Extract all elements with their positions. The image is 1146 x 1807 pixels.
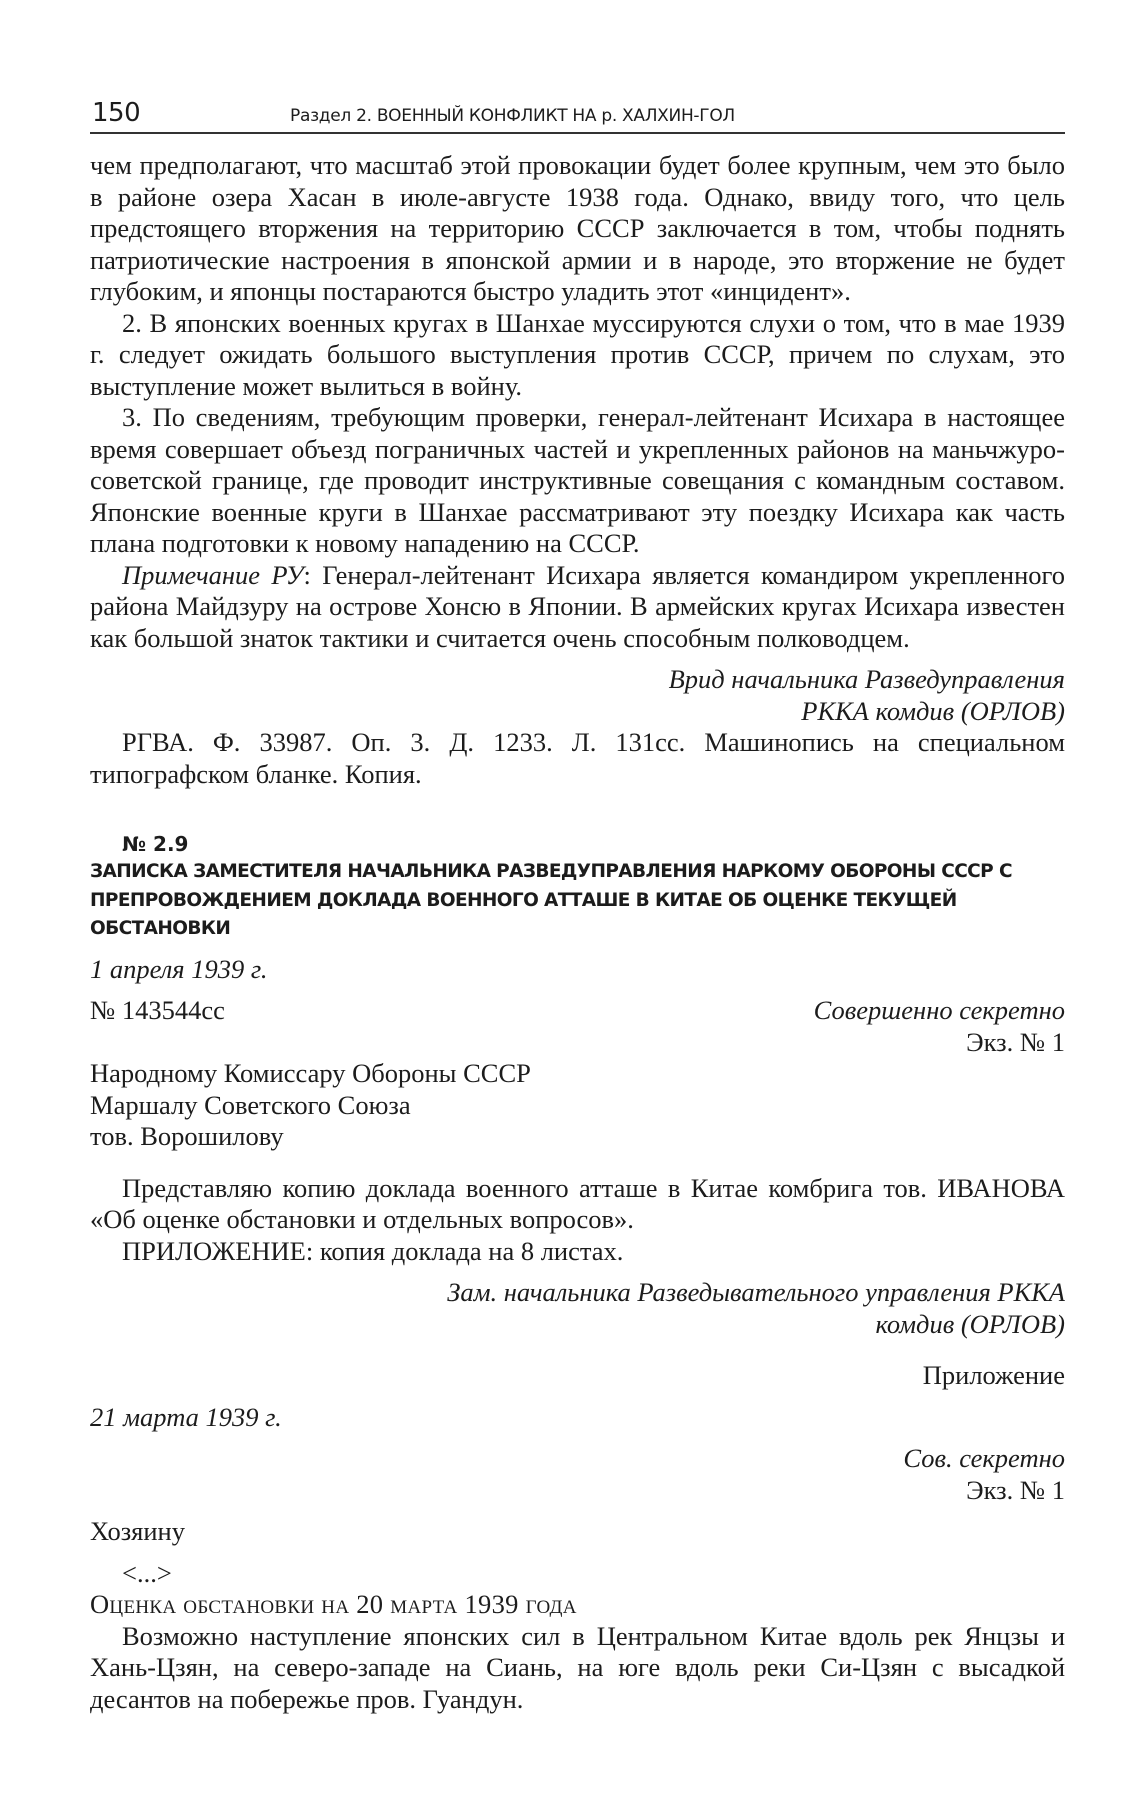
page-number: 150	[92, 98, 140, 128]
document-title: ЗАПИСКА ЗАМЕСТИТЕЛЯ НАЧАЛЬНИКА РАЗВЕДУПР…	[90, 858, 1065, 944]
registration-row: № 143544сс Совершенно секретно	[90, 995, 1065, 1027]
addressee-line-1: Народному Комиссару Обороны СССР	[90, 1058, 1065, 1090]
ru-note: Примечание РУ: Генерал-лейтенант Исихара…	[90, 560, 1065, 655]
attachment-addressee: Хозяину	[90, 1516, 1065, 1548]
paragraph-point-3: 3. По сведениям, требующим проверки, ген…	[90, 402, 1065, 560]
archive-reference: РГВА. Ф. 33987. Оп. 3. Д. 1233. Л. 131сс…	[90, 727, 1065, 790]
attachment-date: 21 марта 1939 г.	[90, 1402, 1065, 1434]
continued-paragraph: чем предполагают, что масштаб этой прово…	[90, 150, 1065, 308]
running-header: 150 Раздел 2. ВОЕННЫЙ КОНФЛИКТ НА р. ХАЛ…	[90, 98, 1065, 134]
document-signature-line-2: комдив (ОРЛОВ)	[90, 1309, 1065, 1341]
copy-number: Экз. № 1	[90, 1027, 1065, 1059]
addressee-line-3: тов. Ворошилову	[90, 1121, 1065, 1153]
registration-number: № 143544сс	[90, 995, 225, 1027]
classification: Совершенно секретно	[814, 995, 1065, 1027]
signature-line-2: РККА комдив (ОРЛОВ)	[90, 696, 1065, 728]
attachment-classification: Сов. секретно	[90, 1443, 1065, 1475]
addressee-line-2: Маршалу Советского Союза	[90, 1090, 1065, 1122]
attachment-heading: Оценка обстановки на 20 марта 1939 года	[90, 1589, 1065, 1621]
document-number: № 2.9	[122, 830, 1065, 858]
section-title: Раздел 2. ВОЕННЫЙ КОНФЛИКТ НА р. ХАЛХИН-…	[290, 106, 735, 126]
omission-mark: <...>	[90, 1558, 1065, 1590]
signature-line-1: Врид начальника Разведуправления	[90, 664, 1065, 696]
attachment-copy-number: Экз. № 1	[90, 1475, 1065, 1507]
paragraph-point-2: 2. В японских военных кругах в Шанхае му…	[90, 308, 1065, 403]
attachment-paragraph: Возможно наступление японских сил в Цент…	[90, 1621, 1065, 1716]
document-date: 1 апреля 1939 г.	[90, 954, 1065, 986]
page-body: чем предполагают, что масштаб этой прово…	[90, 150, 1065, 1715]
cover-note-paragraph: Представляю копию доклада военного атташ…	[90, 1173, 1065, 1236]
attachment-label: Приложение	[90, 1360, 1065, 1392]
note-label: Примечание РУ	[122, 560, 304, 590]
document-signature-line-1: Зам. начальника Разведывательного управл…	[90, 1277, 1065, 1309]
attachment-note: ПРИЛОЖЕНИЕ: копия доклада на 8 листах.	[90, 1236, 1065, 1268]
